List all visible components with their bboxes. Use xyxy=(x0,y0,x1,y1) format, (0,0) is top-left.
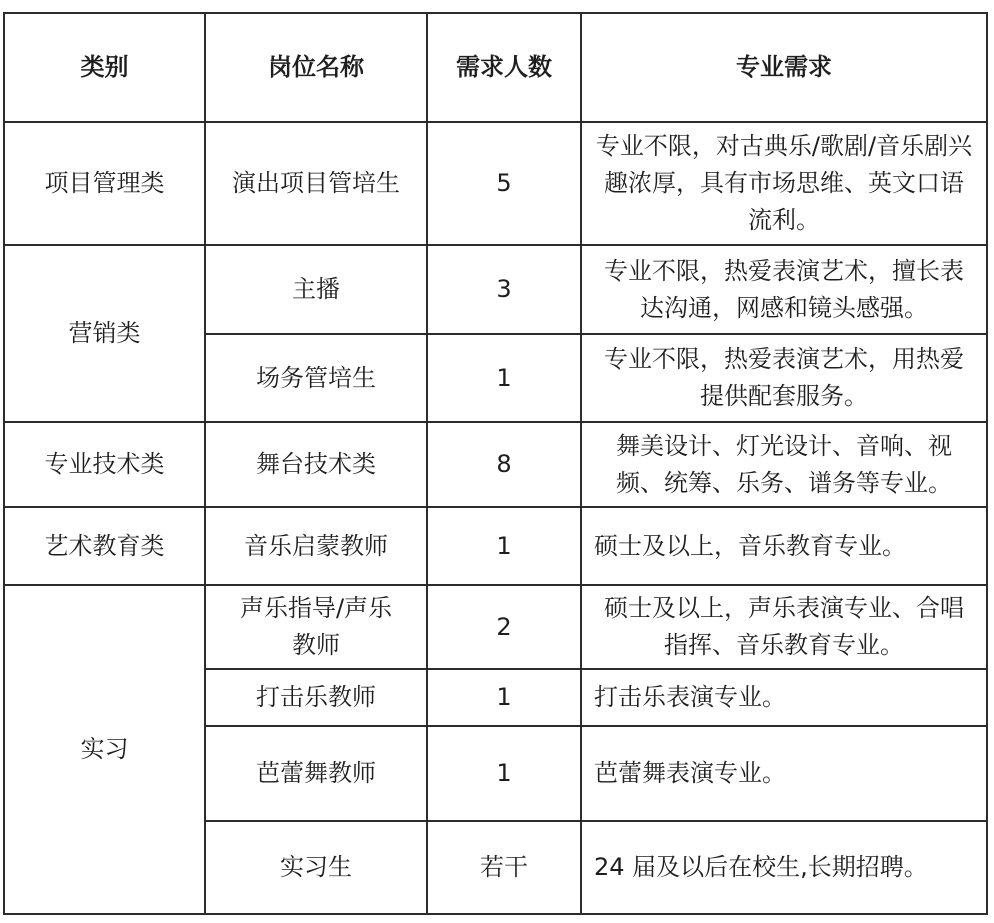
count-cell: 8 xyxy=(426,421,582,508)
count-value: 1 xyxy=(496,528,511,565)
requirement-cell: 舞美设计、灯光设计、音响、视频、统筹、乐务、谱务等专业。 xyxy=(580,421,988,508)
position-cell: 演出项目管培生 xyxy=(204,121,428,246)
count-value: 3 xyxy=(496,271,511,308)
count-value: 2 xyxy=(496,609,511,646)
requirement-cell: 24 届及以后在校生,长期招聘。 xyxy=(580,820,988,915)
requirement-cell: 专业不限，热爱表演艺术，擅长表达沟通，网感和镜头感强。 xyxy=(580,244,988,335)
requirement-text: 24 届及以后在校生,长期招聘。 xyxy=(594,849,928,886)
requirement-cell: 专业不限，热爱表演艺术，用热爱提供配套服务。 xyxy=(580,333,988,423)
requirement-text: 芭蕾舞表演专业。 xyxy=(594,755,786,792)
category-cell: 艺术教育类 xyxy=(3,506,206,586)
requirement-text: 打击乐表演专业。 xyxy=(594,679,786,716)
position-cell: 实习生 xyxy=(204,820,428,915)
header-requirement-label: 专业需求 xyxy=(736,49,832,86)
count-value: 1 xyxy=(496,360,511,397)
count-value: 1 xyxy=(496,755,511,792)
position-label: 芭蕾舞教师 xyxy=(256,755,376,792)
requirement-text: 专业不限，对古典乐/歌剧/音乐剧兴趣浓厚，具有市场思维、英文口语流利。 xyxy=(594,128,974,239)
header-requirement: 专业需求 xyxy=(580,12,988,123)
requirement-cell: 硕士及以上，音乐教育专业。 xyxy=(580,506,988,586)
header-count: 需求人数 xyxy=(426,12,582,123)
requirement-text: 专业不限，热爱表演艺术，擅长表达沟通，网感和镜头感强。 xyxy=(594,253,974,327)
position-label: 主播 xyxy=(292,271,340,308)
position-label: 声乐指导/声乐教师 xyxy=(234,590,398,664)
category-cell: 营销类 xyxy=(3,244,206,423)
category-label: 营销类 xyxy=(69,315,141,352)
header-category-label: 类别 xyxy=(81,49,129,86)
category-label: 艺术教育类 xyxy=(45,528,165,565)
position-label: 音乐启蒙教师 xyxy=(244,528,388,565)
recruitment-table: 类别 岗位名称 需求人数 专业需求 项目管理类 演出项目管培生 5 专业不限，对… xyxy=(0,0,994,923)
count-cell: 3 xyxy=(426,244,582,335)
position-cell: 声乐指导/声乐教师 xyxy=(204,584,428,670)
header-position-label: 岗位名称 xyxy=(268,49,364,86)
requirement-cell: 芭蕾舞表演专业。 xyxy=(580,725,988,822)
count-value: 8 xyxy=(496,446,511,483)
count-cell: 5 xyxy=(426,121,582,246)
count-cell: 1 xyxy=(426,725,582,822)
count-value: 1 xyxy=(496,679,511,716)
position-label: 实习生 xyxy=(280,849,352,886)
category-label: 实习 xyxy=(81,731,129,768)
position-cell: 打击乐教师 xyxy=(204,668,428,727)
position-label: 打击乐教师 xyxy=(256,679,376,716)
count-cell: 若干 xyxy=(426,820,582,915)
position-cell: 音乐启蒙教师 xyxy=(204,506,428,586)
position-cell: 芭蕾舞教师 xyxy=(204,725,428,822)
position-cell: 场务管培生 xyxy=(204,333,428,423)
count-cell: 1 xyxy=(426,668,582,727)
header-count-label: 需求人数 xyxy=(456,49,552,86)
count-cell: 2 xyxy=(426,584,582,670)
count-cell: 1 xyxy=(426,506,582,586)
category-label: 项目管理类 xyxy=(45,165,165,202)
header-position: 岗位名称 xyxy=(204,12,428,123)
category-cell: 实习 xyxy=(3,584,206,915)
count-cell: 1 xyxy=(426,333,582,423)
position-cell: 主播 xyxy=(204,244,428,335)
requirement-cell: 专业不限，对古典乐/歌剧/音乐剧兴趣浓厚，具有市场思维、英文口语流利。 xyxy=(580,121,988,246)
category-cell: 项目管理类 xyxy=(3,121,206,246)
position-label: 演出项目管培生 xyxy=(232,165,400,202)
category-label: 专业技术类 xyxy=(45,446,165,483)
count-value: 5 xyxy=(496,165,511,202)
requirement-cell: 硕士及以上，声乐表演专业、合唱指挥、音乐教育专业。 xyxy=(580,584,988,670)
count-value: 若干 xyxy=(480,849,528,886)
position-cell: 舞台技术类 xyxy=(204,421,428,508)
requirement-text: 舞美设计、灯光设计、音响、视频、统筹、乐务、谱务等专业。 xyxy=(594,428,974,502)
header-category: 类别 xyxy=(3,12,206,123)
requirement-text: 硕士及以上，声乐表演专业、合唱指挥、音乐教育专业。 xyxy=(594,590,974,664)
requirement-text: 硕士及以上，音乐教育专业。 xyxy=(594,528,906,565)
position-label: 场务管培生 xyxy=(256,360,376,397)
requirement-text: 专业不限，热爱表演艺术，用热爱提供配套服务。 xyxy=(594,341,974,415)
requirement-cell: 打击乐表演专业。 xyxy=(580,668,988,727)
category-cell: 专业技术类 xyxy=(3,421,206,508)
position-label: 舞台技术类 xyxy=(256,446,376,483)
